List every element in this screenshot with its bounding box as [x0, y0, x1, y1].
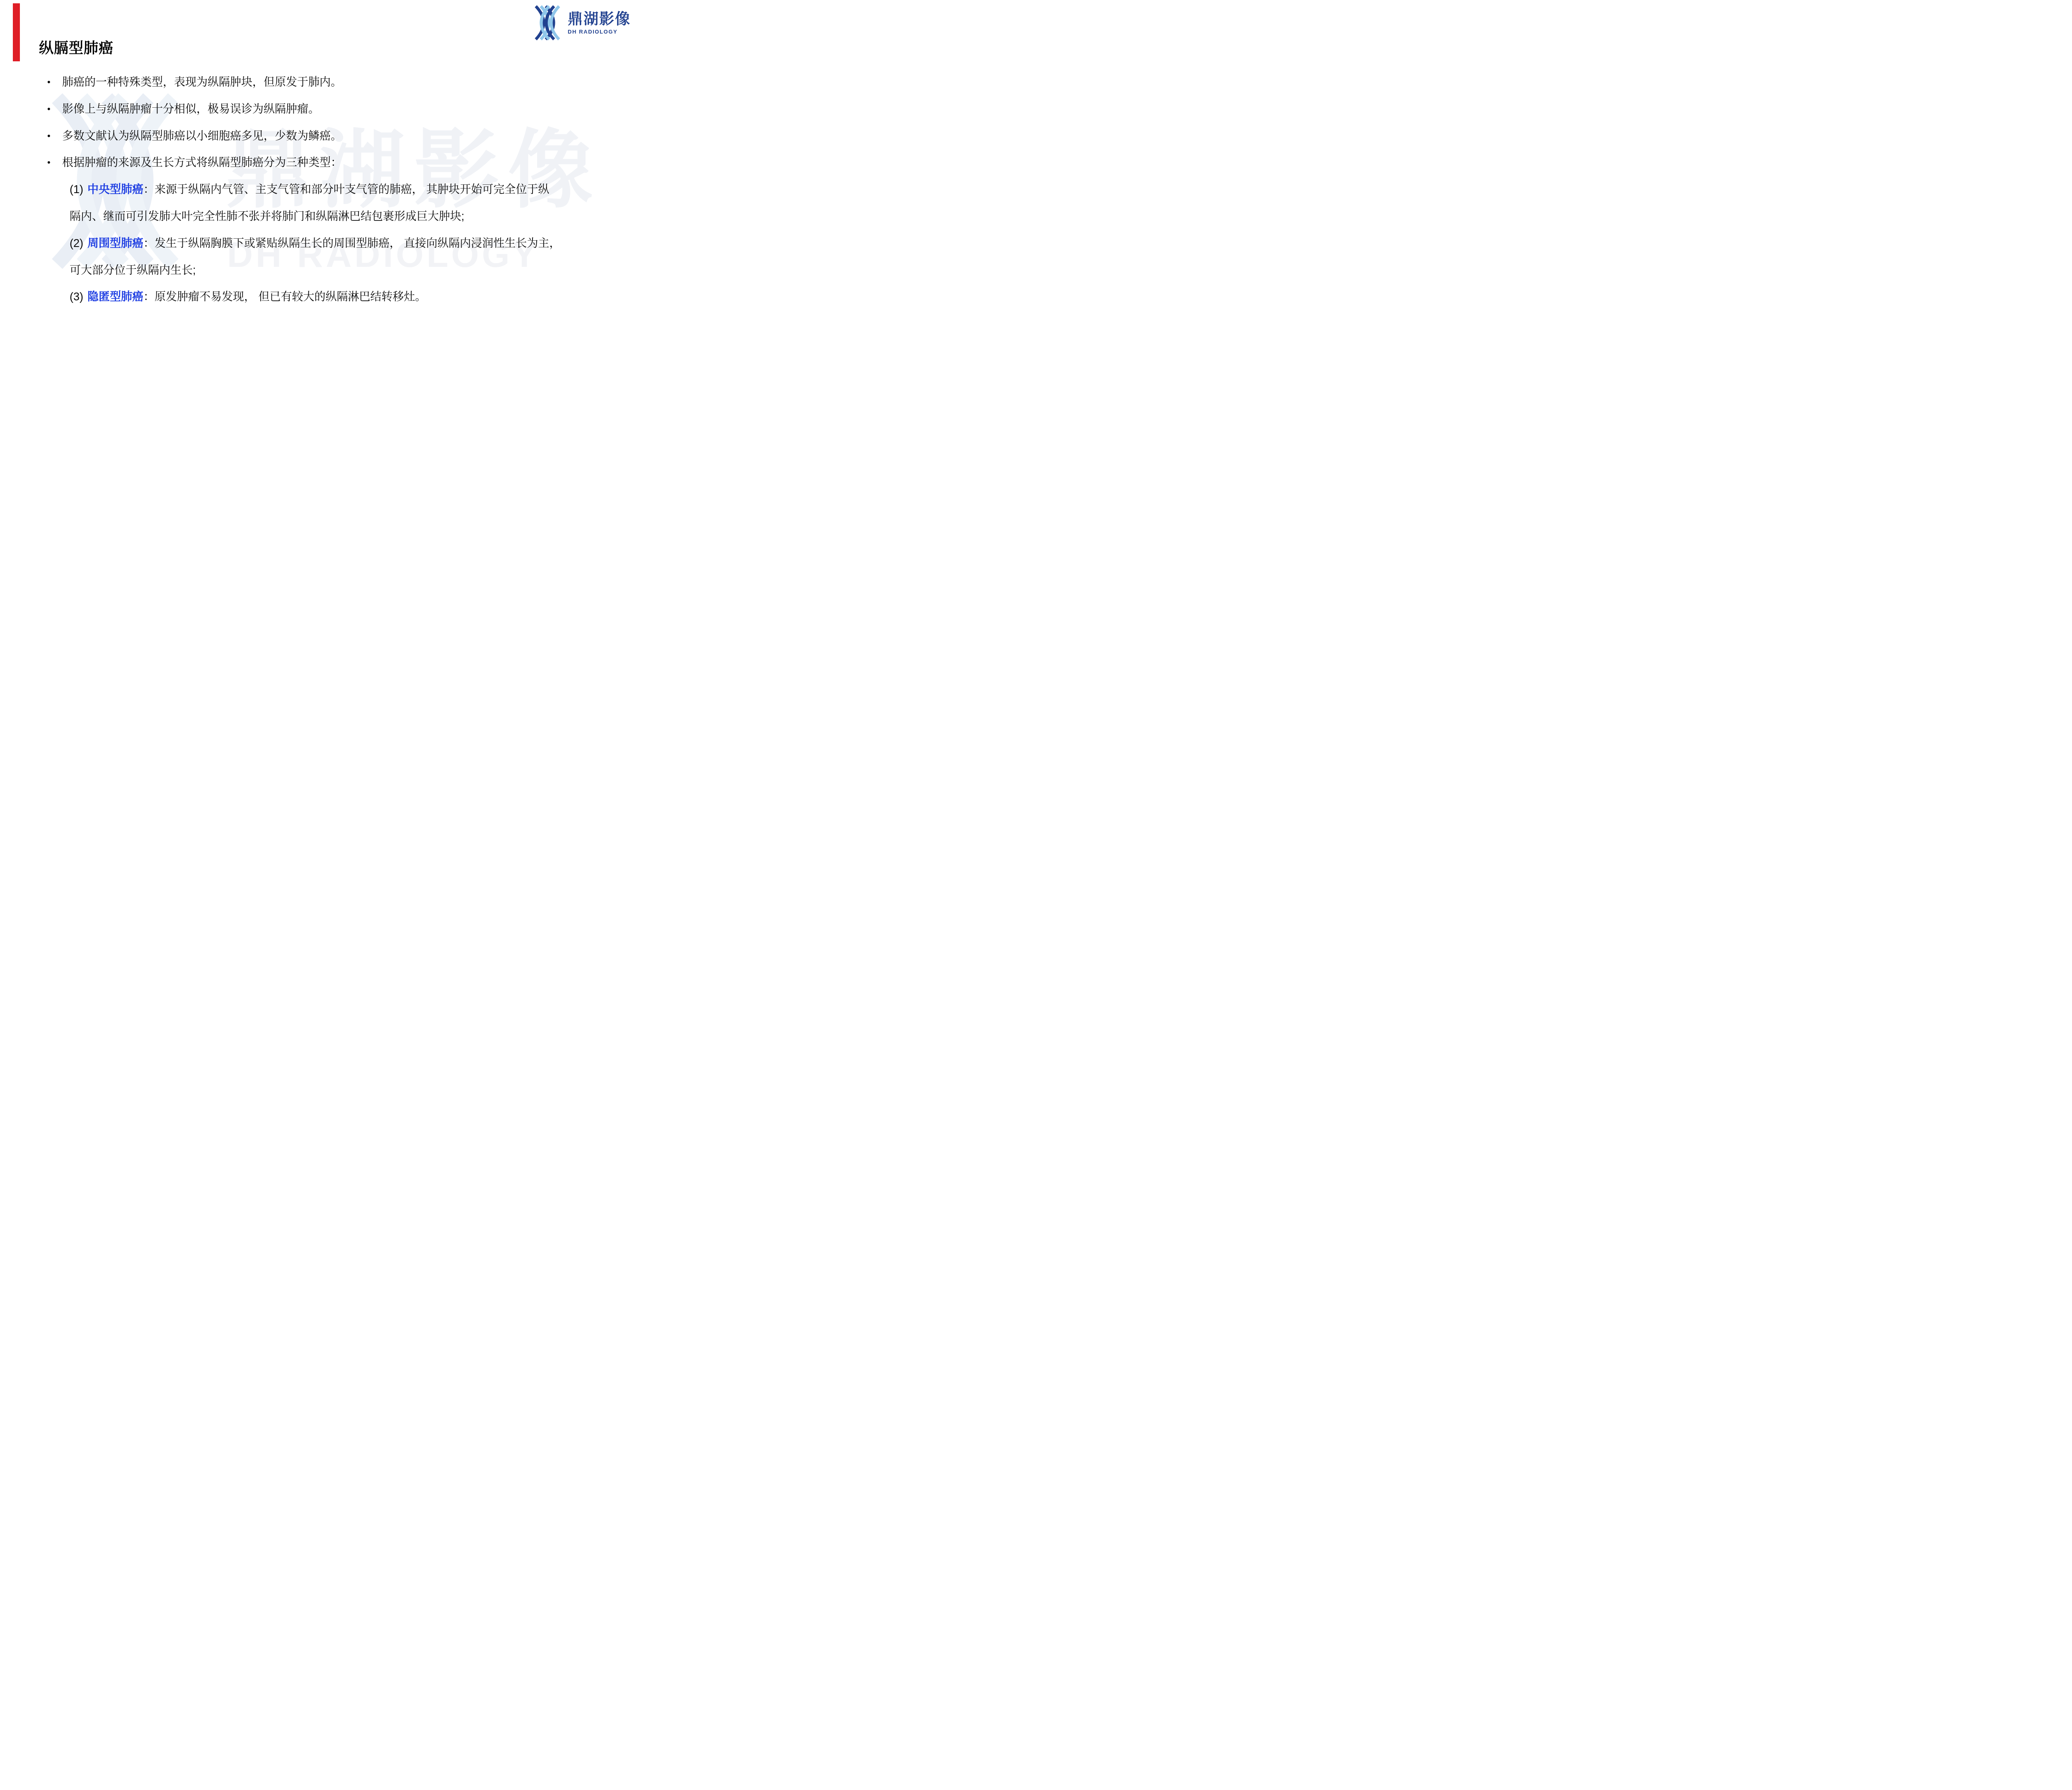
type-desc: 隔内、继而可引发肺大叶完全性肺不张并将肺门和纵隔淋巴结包裹形成巨大肿块; — [70, 210, 465, 223]
type-item-peripheral-line2: 可大部分位于纵隔内生长; — [70, 257, 627, 284]
type-item-peripheral-line1: (2)周围型肺癌：发生于纵隔胸膜下或紧贴纵隔生长的周围型肺癌， 直接向纵隔内浸润… — [70, 230, 627, 257]
wave-arcs-logo-icon — [532, 5, 563, 41]
logo-brand-name: 鼎湖影像 — [568, 11, 631, 27]
type-item-central-line2: 隔内、继而可引发肺大叶完全性肺不张并将肺门和纵隔淋巴结包裹形成巨大肿块; — [70, 203, 627, 230]
bullet-dot: • — [39, 96, 62, 123]
bullet-text: 根据肿瘤的来源及生长方式将纵隔型肺癌分为三种类型： — [62, 149, 342, 176]
type-number: (2) — [70, 237, 83, 249]
slide: 鼎湖影像 DH RADIOLOGY 鼎湖影像 DH RADIOLOGY 纵膈型肺… — [0, 0, 637, 358]
logo-brand-subtitle: DH RADIOLOGY — [568, 29, 631, 35]
type-desc: ：原发肿瘤不易发现， 但已有较大的纵隔淋巴结转移灶。 — [143, 290, 426, 303]
type-number: (3) — [70, 290, 83, 303]
bullet-item: • 肺癌的一种特殊类型，表现为纵隔肿块，但原发于肺内。 — [39, 69, 627, 96]
bullet-dot: • — [39, 69, 62, 96]
type-desc: ：来源于纵隔内气管、主支气管和部分叶支气管的肺癌， 其肿块开始可完全位于纵 — [143, 183, 549, 196]
bullet-dot: • — [39, 123, 62, 150]
dh-radiology-logo: 鼎湖影像 DH RADIOLOGY — [532, 5, 631, 41]
bullet-text: 肺癌的一种特殊类型，表现为纵隔肿块，但原发于肺内。 — [62, 69, 342, 96]
type-desc: ：发生于纵隔胸膜下或紧贴纵隔生长的周围型肺癌， 直接向纵隔内浸润性生长为主， — [143, 237, 561, 249]
type-term-central: 中央型肺癌 — [87, 183, 143, 196]
logo-text: 鼎湖影像 DH RADIOLOGY — [568, 11, 631, 35]
bullet-item: • 根据肿瘤的来源及生长方式将纵隔型肺癌分为三种类型： — [39, 149, 627, 176]
slide-body: • 肺癌的一种特殊类型，表现为纵隔肿块，但原发于肺内。 • 影像上与纵隔肿瘤十分… — [39, 69, 627, 310]
type-item-central-line1: (1)中央型肺癌：来源于纵隔内气管、主支气管和部分叶支气管的肺癌， 其肿块开始可… — [70, 176, 627, 203]
type-desc: 可大部分位于纵隔内生长; — [70, 264, 196, 276]
bullet-item: • 多数文献认为纵隔型肺癌以小细胞癌多见，少数为鳞癌。 — [39, 123, 627, 150]
type-term-peripheral: 周围型肺癌 — [87, 237, 143, 249]
type-number: (1) — [70, 183, 83, 196]
page-title: 纵膈型肺癌 — [39, 37, 114, 58]
type-item-occult-line1: (3)隐匿型肺癌：原发肿瘤不易发现， 但已有较大的纵隔淋巴结转移灶。 — [70, 283, 627, 310]
bullet-item: • 影像上与纵隔肿瘤十分相似，极易误诊为纵隔肿瘤。 — [39, 96, 627, 123]
bullet-text: 多数文献认为纵隔型肺癌以小细胞癌多见，少数为鳞癌。 — [62, 123, 342, 150]
bullet-dot: • — [39, 149, 62, 176]
bullet-text: 影像上与纵隔肿瘤十分相似，极易误诊为纵隔肿瘤。 — [62, 96, 320, 123]
type-term-occult: 隐匿型肺癌 — [87, 290, 143, 303]
red-accent-bar — [13, 3, 20, 61]
